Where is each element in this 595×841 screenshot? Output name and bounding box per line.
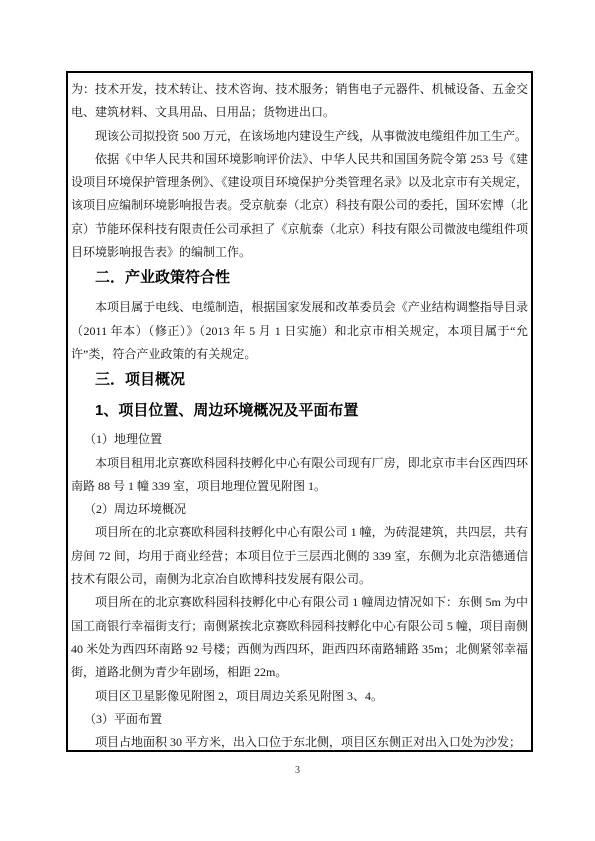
heading-project-overview: 三．项目概况 bbox=[71, 367, 528, 393]
paragraph-satellite-figures: 项目区卫星影像见附图 2，项目周边关系见附图 3、4。 bbox=[71, 685, 528, 708]
page-number: 3 bbox=[0, 765, 595, 776]
report-form-cell-border: 为：技术开发，技术转让、技术咨询、技术服务；销售电子元器件、机械设备、五金交电、… bbox=[66, 71, 533, 752]
subitem-geographic-location: （1）地理位置 bbox=[71, 428, 528, 451]
subitem-surrounding-environment: （2）周边环境概况 bbox=[71, 498, 528, 521]
paragraph-surroundings-detail: 项目所在的北京赛欧科园科技孵化中心有限公司 1 幢周边情况如下：东侧 5m 为中… bbox=[71, 591, 528, 684]
paragraph-building-description: 项目所在的北京赛欧科园科技孵化中心有限公司 1 幢，为砖混建筑，共四层，共有房间… bbox=[71, 521, 528, 591]
paragraph-industry-policy: 本项目属于电线、电缆制造，根据国家发展和改革委员会《产业结构调整指导目录（201… bbox=[71, 296, 528, 366]
paragraph-geographic-location: 本项目租用北京赛欧科园科技孵化中心有限公司现有厂房，即北京市丰台区西四环南路 8… bbox=[71, 452, 528, 499]
subitem-plane-layout: （3）平面布置 bbox=[71, 708, 528, 731]
paragraph-investment: 现该公司拟投资 500 万元，在该场地内建设生产线，从事微波电缆组件加工生产。 bbox=[71, 125, 528, 148]
paragraph-business-scope-continuation: 为：技术开发，技术转让、技术咨询、技术服务；销售电子元器件、机械设备、五金交电、… bbox=[71, 78, 528, 125]
heading-industry-policy: 二．产业政策符合性 bbox=[71, 265, 528, 291]
report-page: 为：技术开发，技术转让、技术咨询、技术服务；销售电子元器件、机械设备、五金交电、… bbox=[0, 0, 595, 841]
paragraph-plane-layout: 项目占地面积 30 平方米，出入口位于东北侧，项目区东侧正对出入口处为沙发； bbox=[71, 731, 528, 752]
heading-location-environment-layout: 1、项目位置、周边环境概况及平面布置 bbox=[71, 398, 528, 424]
paragraph-legal-basis: 依据《中华人民共和国环境影响评价法》、中华人民共和国国务院令第 253 号《建设… bbox=[71, 148, 528, 264]
